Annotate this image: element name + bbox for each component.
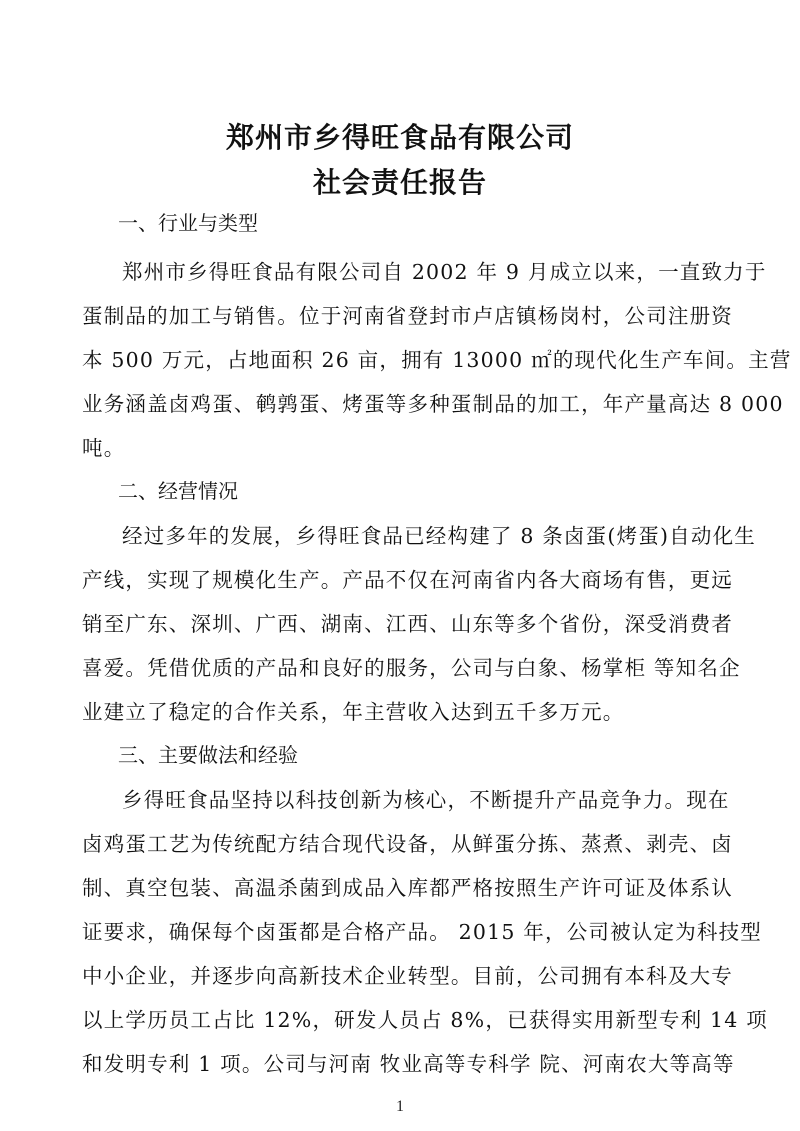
document-page: 郑州市乡得旺食品有限公司 社会责任报告 一、行业与类型 郑州市乡得旺食品有限公司… [0,0,800,1131]
paragraph-line: 蛋制品的加工与销售。位于河南省登封市卢店镇杨岗村，公司注册资 [82,299,733,329]
paragraph-line: 中小企业，并逐步向高新技术企业转型。目前，公司拥有本科及大专 [82,959,733,989]
paragraph-line: 乡得旺食品坚持以科技创新为核心，不断提升产品竞争力。现在 [122,783,730,813]
paragraph-line: 和发明专利 1 项。公司与河南 牧业高等专科学 院、河南农大等高等 [82,1047,735,1077]
section-heading-2: 二、经营情况 [118,475,238,504]
paragraph-line: 喜爱。凭借优质的产品和良好的服务，公司与白象、杨掌柜 等知名企 [82,651,741,681]
document-subtitle: 社会责任报告 [0,161,800,201]
paragraph-line: 吨。 [82,431,125,461]
paragraph-line: 本 500 万元，占地面积 26 亩，拥有 13000 ㎡的现代化生产车间。主营 [82,343,792,373]
section-heading-1: 一、行业与类型 [118,207,258,236]
paragraph-line: 业建立了稳定的合作关系，年主营收入达到五千多万元。 [82,695,625,725]
paragraph-line: 业务涵盖卤鸡蛋、鹌鹑蛋、烤蛋等多种蛋制品的加工，年产量高达 8 000 [82,387,784,417]
paragraph-line: 证要求，确保每个卤蛋都是合格产品。 2015 年，公司被认定为科技型 [82,915,762,945]
paragraph-line: 卤鸡蛋工艺为传统配方结合现代设备，从鲜蛋分拣、蒸煮、剥壳、卤 [82,827,733,857]
page-number: 1 [0,1098,800,1116]
section-heading-3: 三、主要做法和经验 [118,739,298,768]
paragraph-line: 经过多年的发展，乡得旺食品已经构建了 8 条卤蛋(烤蛋)自动化生 [122,519,756,549]
paragraph-line: 产线，实现了规模化生产。产品不仅在河南省内各大商场有售，更远 [82,563,733,593]
paragraph-line: 销至广东、深圳、广西、湖南、江西、山东等多个省份，深受消费者 [82,607,733,637]
paragraph-line: 以上学历员工占比 12%，研发人员占 8%，已获得实用新型专利 14 项 [82,1003,768,1033]
document-title: 郑州市乡得旺食品有限公司 [0,116,800,156]
paragraph-line: 制、真空包装、高温杀菌到成品入库都严格按照生产许可证及体系认 [82,871,733,901]
paragraph-line: 郑州市乡得旺食品有限公司自 2002 年 9 月成立以来，一直致力于 [122,255,767,285]
